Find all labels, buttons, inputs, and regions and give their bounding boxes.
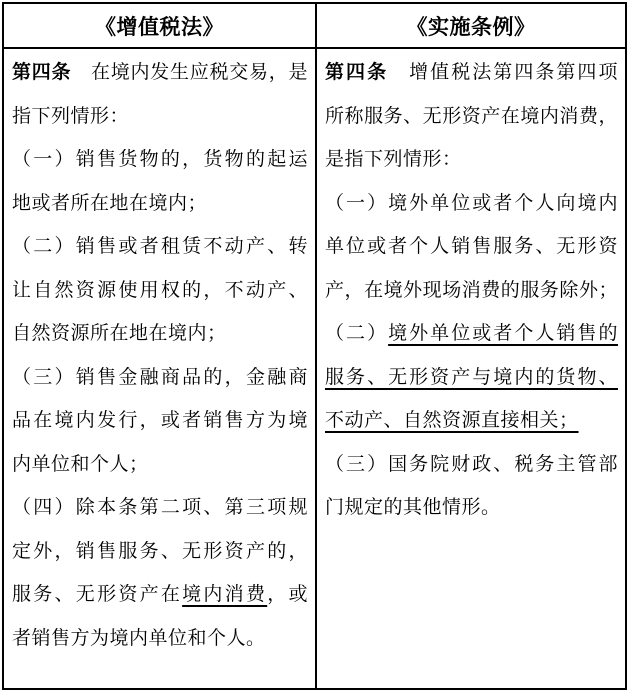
text-line: 服务、无形资产与境内的货物、 (325, 356, 618, 400)
underlined-text-segment: 境外单位或者个人销售的 (388, 323, 618, 344)
text-segment: 自然资源所在地在境内； (12, 323, 227, 344)
text-segment: 产，在境外现场消费的服务除外； (325, 280, 618, 301)
text-line: 指下列情形： (12, 95, 308, 139)
text-line: 定外，销售服务、无形资产的， (12, 530, 308, 574)
underlined-text-segment: 不动产、自然资源直接相关； (325, 410, 579, 431)
text-segment: 者销售方为境内单位和个人。 (12, 628, 266, 649)
column-header-implementation-regulations: 《实施条例》 (317, 4, 625, 49)
column-implementation-regulations: 《实施条例》 第四条 增值税法第四条第四项所称服务、无形资产在境内消费，是指下列… (317, 4, 625, 688)
text-line: 不动产、自然资源直接相关； (325, 399, 618, 443)
bold-text-segment: 第四条 (325, 62, 388, 83)
text-line: （一）境外单位或者个人向境内 (325, 182, 618, 226)
text-segment: 单位或者个人销售服务、无形资 (325, 236, 618, 257)
text-line: 产，在境外现场消费的服务除外； (325, 269, 618, 313)
text-segment: （二） (325, 323, 388, 344)
text-line: 让自然资源使用权的，不动产、 (12, 269, 308, 313)
text-segment: 地或者所在地在境内； (12, 193, 207, 214)
text-segment: 品在境内发行，或者销售方为境 (12, 410, 308, 431)
text-segment: （四）除本条第二项、第三项规 (12, 497, 308, 518)
text-segment: 增值税法第四条第四项 (388, 62, 618, 83)
text-segment: 所称服务、无形资产在境内消费， (325, 106, 618, 127)
text-segment: 门规定的其他情形。 (325, 497, 501, 518)
text-line: 品在境内发行，或者销售方为境 (12, 399, 308, 443)
text-segment: 是指下列情形： (325, 149, 462, 170)
text-line: 是指下列情形： (325, 138, 618, 182)
text-segment: （三）销售金融商品的，金融商 (12, 367, 308, 388)
text-segment: 定外，销售服务、无形资产的， (12, 541, 308, 562)
text-line: 地或者所在地在境内； (12, 182, 308, 226)
text-segment: （二）销售或者租赁不动产、转 (12, 236, 308, 257)
text-segment: 内单位和个人； (12, 454, 149, 475)
column-vat-law: 《增值税法》 第四条 在境内发生应税交易，是指下列情形：（一）销售货物的，货物的… (4, 4, 317, 688)
text-segment: 让自然资源使用权的，不动产、 (12, 280, 308, 301)
text-segment: （一）境外单位或者个人向境内 (325, 193, 618, 214)
underlined-text-segment: 境内消费 (182, 584, 267, 605)
underlined-text-segment: 服务、无形资产与境内的货物、 (325, 367, 618, 388)
law-comparison-table: 《增值税法》 第四条 在境内发生应税交易，是指下列情形：（一）销售货物的，货物的… (2, 2, 627, 690)
text-line: 单位或者个人销售服务、无形资 (325, 225, 618, 269)
text-line: 内单位和个人； (12, 443, 308, 487)
text-line: （三）国务院财政、税务主管部 (325, 443, 618, 487)
column-header-vat-law: 《增值税法》 (4, 4, 315, 49)
text-line: 自然资源所在地在境内； (12, 312, 308, 356)
text-segment: （一）销售货物的，货物的起运 (12, 149, 308, 170)
text-segment: ，或 (267, 584, 308, 605)
text-line: （三）销售金融商品的，金融商 (12, 356, 308, 400)
text-line: 服务、无形资产在境内消费，或 (12, 573, 308, 617)
page: 《增值税法》 第四条 在境内发生应税交易，是指下列情形：（一）销售货物的，货物的… (0, 0, 629, 692)
text-line: （二）销售或者租赁不动产、转 (12, 225, 308, 269)
text-line: （二）境外单位或者个人销售的 (325, 312, 618, 356)
bold-text-segment: 第四条 (12, 62, 71, 83)
text-line: （四）除本条第二项、第三项规 (12, 486, 308, 530)
text-segment: 在境内发生应税交易，是 (71, 62, 308, 83)
text-segment: （三）国务院财政、税务主管部 (325, 454, 618, 475)
text-line: 第四条 增值税法第四条第四项 (325, 51, 618, 95)
text-line: 所称服务、无形资产在境内消费， (325, 95, 618, 139)
text-line: 门规定的其他情形。 (325, 486, 618, 530)
text-segment: 指下列情形： (12, 106, 129, 127)
text-segment: 服务、无形资产在 (12, 584, 182, 605)
text-line: （一）销售货物的，货物的起运 (12, 138, 308, 182)
text-line: 者销售方为境内单位和个人。 (12, 617, 308, 661)
column-body-vat-law: 第四条 在境内发生应税交易，是指下列情形：（一）销售货物的，货物的起运地或者所在… (4, 49, 315, 688)
column-body-implementation-regulations: 第四条 增值税法第四条第四项所称服务、无形资产在境内消费，是指下列情形：（一）境… (317, 49, 625, 688)
text-line: 第四条 在境内发生应税交易，是 (12, 51, 308, 95)
